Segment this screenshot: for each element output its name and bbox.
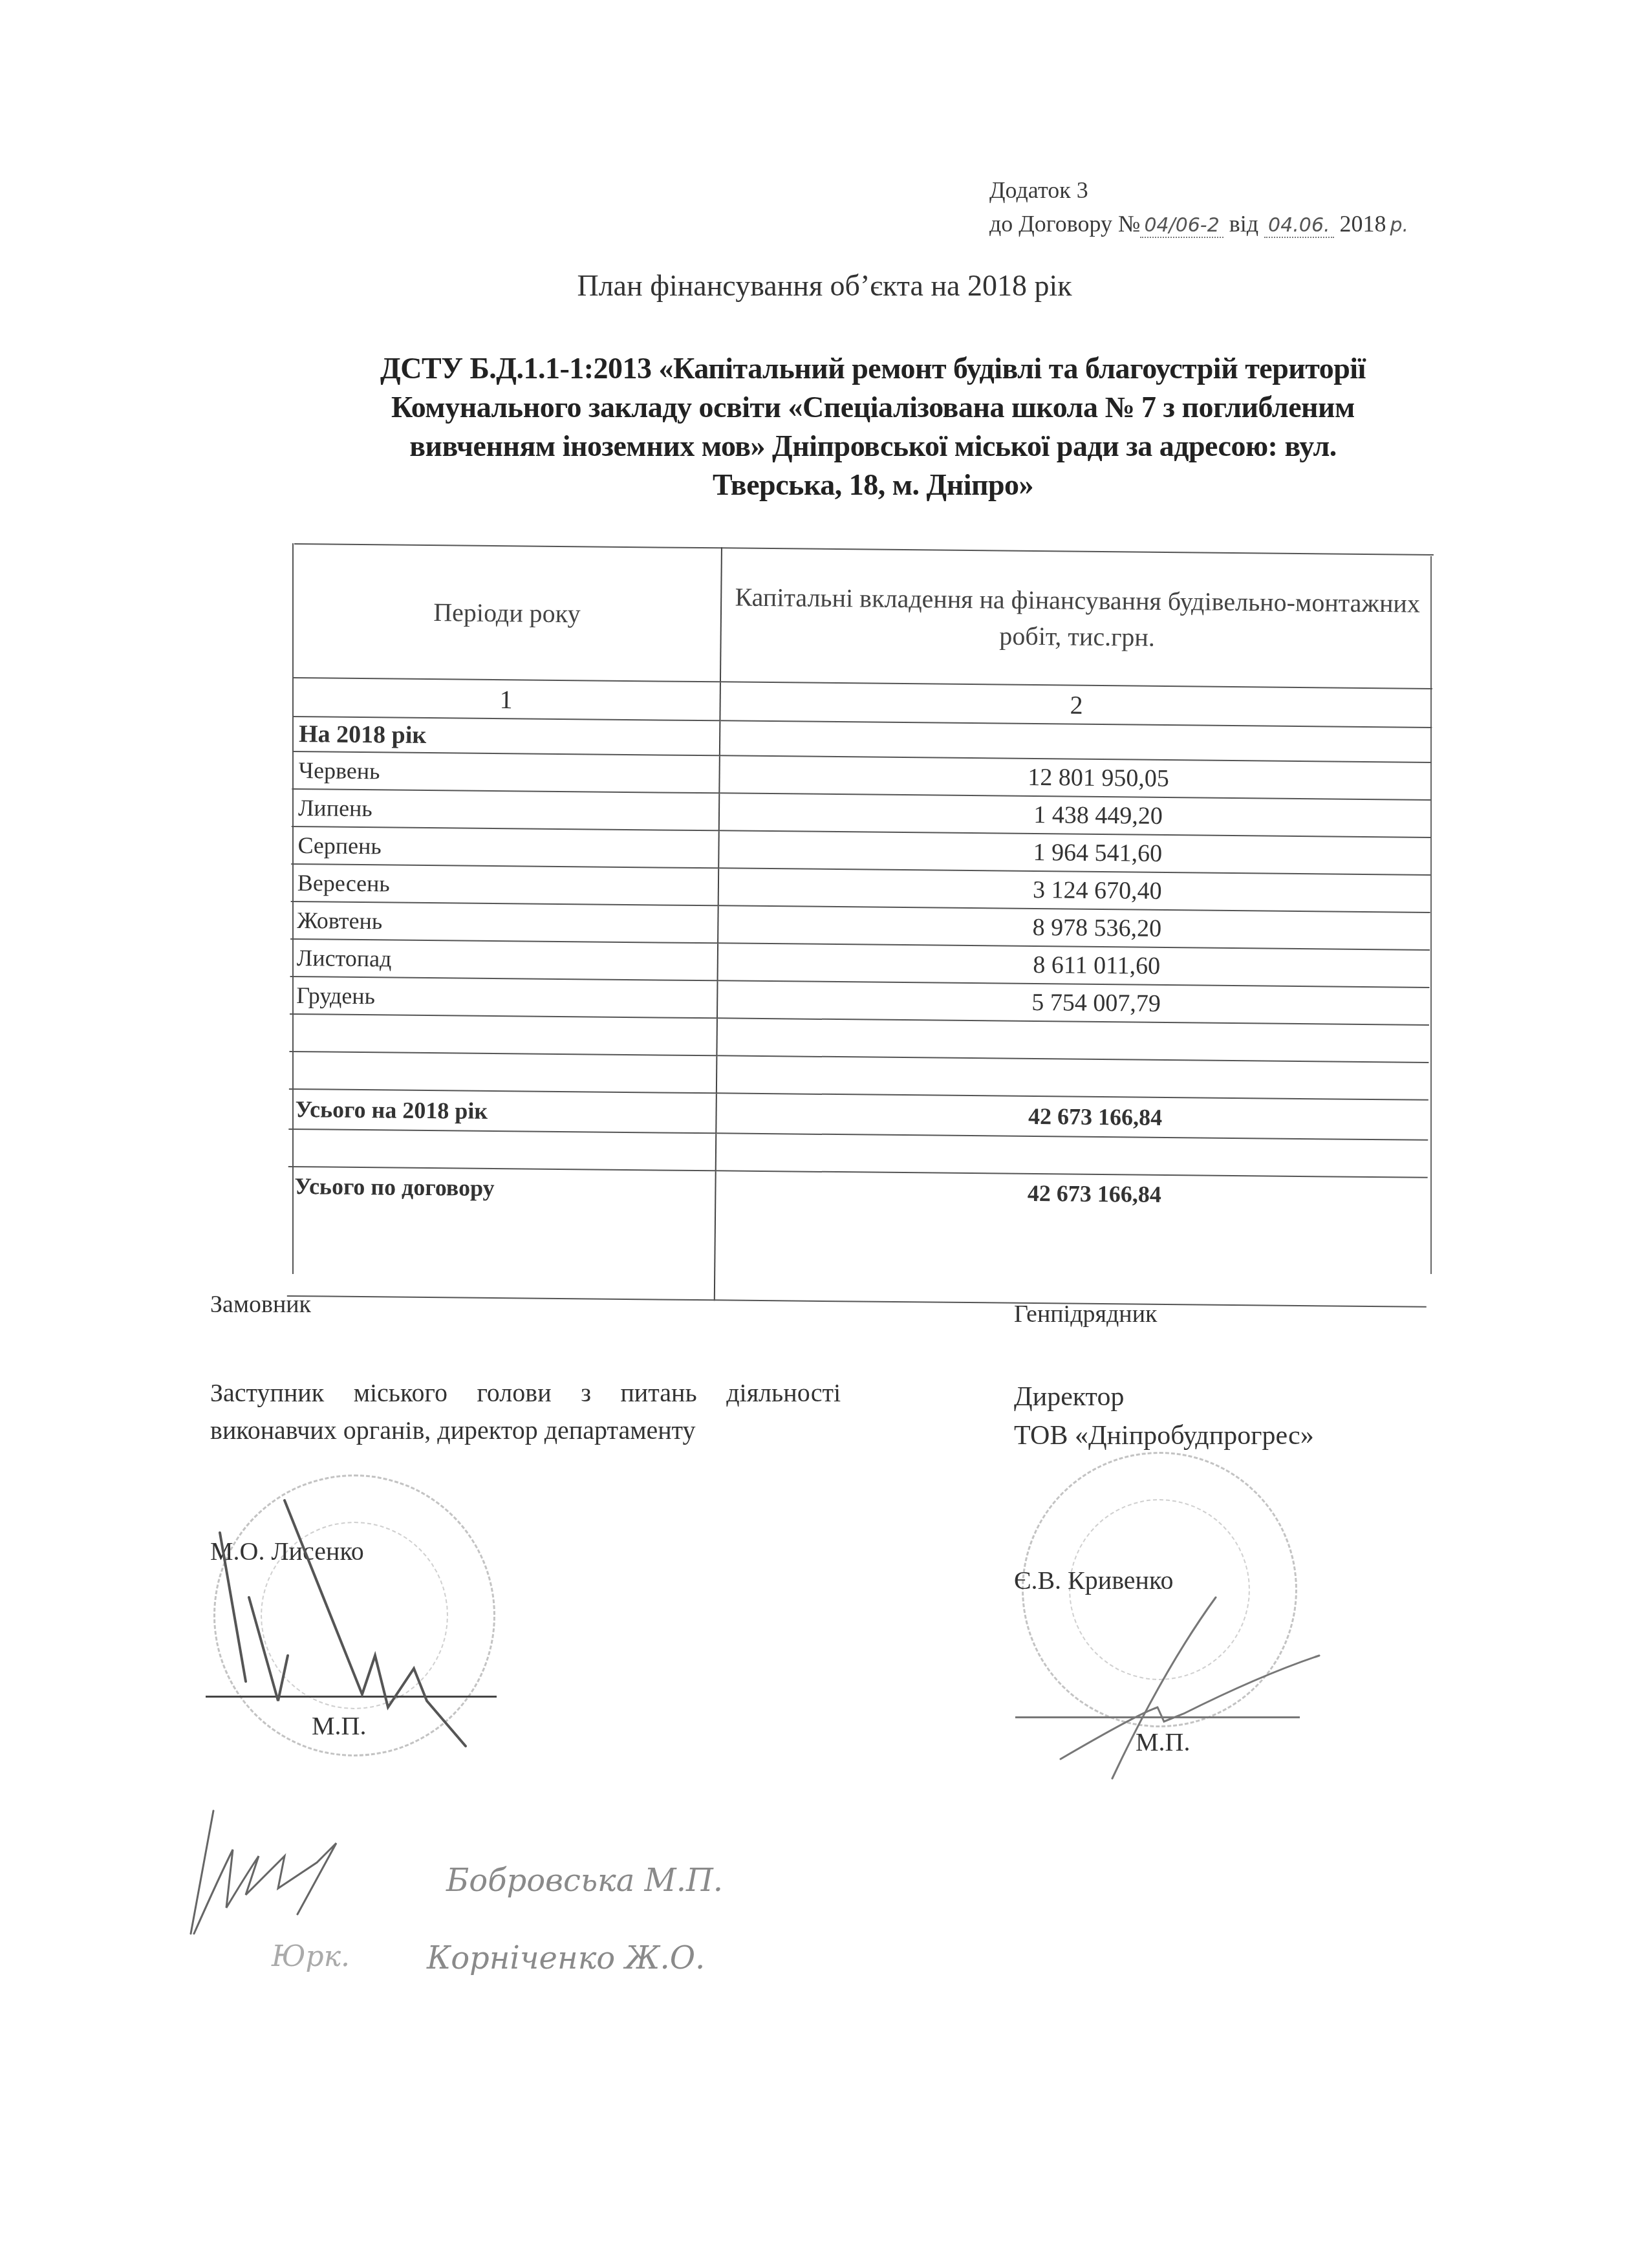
handwritten-note: Бобровська М.П.: [446, 1863, 723, 1899]
signature-strokes: [0, 0, 1649, 2268]
customer-signature-icon: [220, 1500, 466, 1746]
handwritten-note: Корніченко Ж.О.: [427, 1940, 705, 1976]
contractor-signature-icon: [1061, 1597, 1319, 1778]
handwritten-note: Юрк.: [272, 1940, 350, 1973]
handwritten-signature-icon: [191, 1811, 336, 1934]
